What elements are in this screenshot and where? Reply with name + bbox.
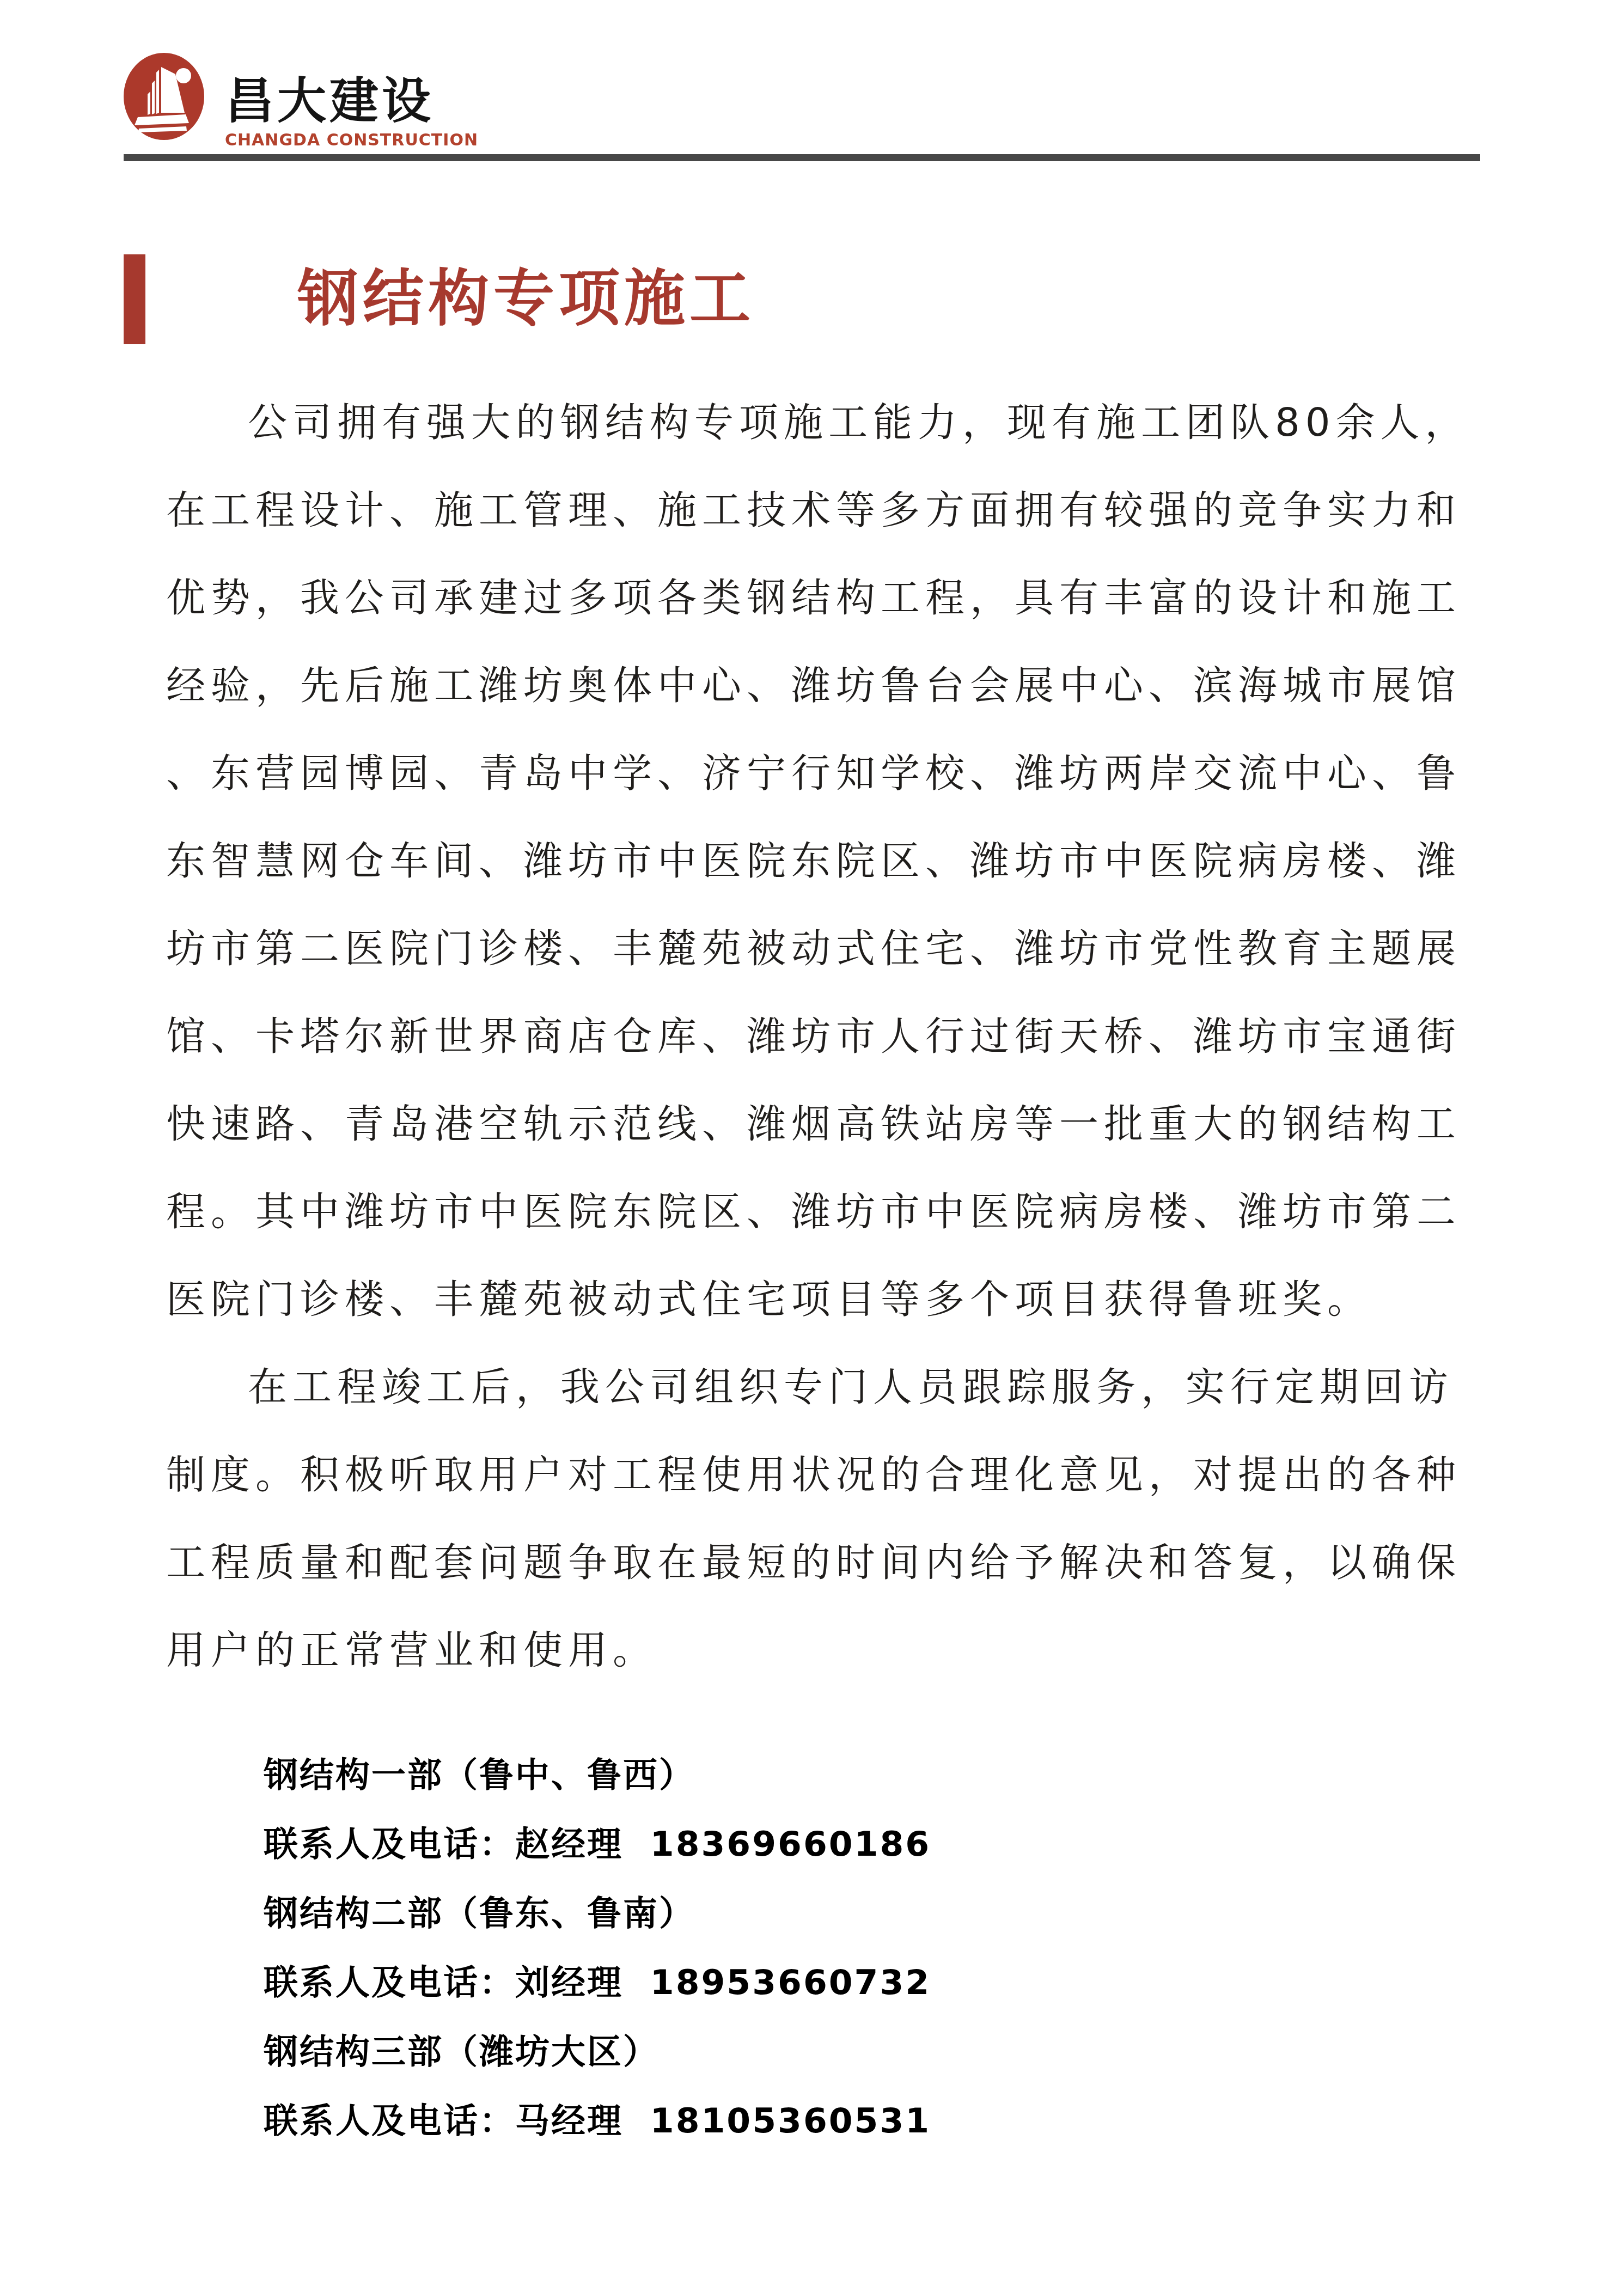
- body-text-line: 公司拥有强大的钢结构专项施工能力，现有施工团队80余人，: [166, 379, 1465, 466]
- section-title: 钢结构专项施工: [297, 254, 755, 344]
- body-text-line: 优势，我公司承建过多项各类钢结构工程，具有丰富的设计和施工: [166, 554, 1465, 642]
- paragraph: 在工程竣工后，我公司组织专门人员跟踪服务，实行定期回访制度。积极听取用户对工程使…: [166, 1343, 1465, 1694]
- body-text-line: 快速路、青岛港空轨示范线、潍烟高铁站房等一批重大的钢结构工: [166, 1080, 1465, 1168]
- body-text-line: 在工程设计、施工管理、施工技术等多方面拥有较强的竞争实力和: [166, 466, 1465, 554]
- body-text-line: 制度。积极听取用户对工程使用状况的合理化意见，对提出的各种: [166, 1431, 1465, 1519]
- body-text-line: 用户的正常营业和使用。: [166, 1606, 1465, 1694]
- contact-line: 钢结构三部（潍坊大区）: [264, 2017, 1465, 2086]
- document-page: 昌大建设 CHANGDA CONSTRUCTION 钢结构专项施工 公司拥有强大…: [0, 0, 1624, 2292]
- contact-line: 钢结构二部（鲁东、鲁南）: [264, 1879, 1465, 1948]
- body-text-line: 、东营园博园、青岛中学、济宁行知学校、潍坊两岸交流中心、鲁: [166, 729, 1465, 817]
- paragraphs: 公司拥有强大的钢结构专项施工能力，现有施工团队80余人，在工程设计、施工管理、施…: [166, 379, 1465, 1694]
- body-text-line: 东智慧网仓车间、潍坊市中医院东院区、潍坊市中医院病房楼、潍: [166, 817, 1465, 905]
- changda-logo-icon: [123, 52, 205, 141]
- contact-block: 钢结构一部（鲁中、鲁西）联系人及电话：赵经理 18369660186钢结构二部（…: [264, 1740, 1465, 2155]
- section-title-row: 钢结构专项施工: [124, 254, 755, 344]
- paragraph: 公司拥有强大的钢结构专项施工能力，现有施工团队80余人，在工程设计、施工管理、施…: [166, 379, 1465, 1343]
- body-text-line: 医院门诊楼、丰麓苑被动式住宅项目等多个项目获得鲁班奖。: [166, 1255, 1465, 1343]
- contact-line: 钢结构一部（鲁中、鲁西）: [264, 1740, 1465, 1809]
- body-text-line: 经验，先后施工潍坊奥体中心、潍坊鲁台会展中心、滨海城市展馆: [166, 642, 1465, 729]
- body-text-line: 工程质量和配套问题争取在最短的时间内给予解决和答复，以确保: [166, 1519, 1465, 1606]
- body-text-line: 程。其中潍坊市中医院东院区、潍坊市中医院病房楼、潍坊市第二: [166, 1168, 1465, 1255]
- document-body: 公司拥有强大的钢结构专项施工能力，现有施工团队80余人，在工程设计、施工管理、施…: [166, 379, 1465, 2155]
- brand-name-en: CHANGDA CONSTRUCTION: [225, 132, 478, 149]
- brand: 昌大建设 CHANGDA CONSTRUCTION: [123, 52, 478, 149]
- body-text-line: 在工程竣工后，我公司组织专门人员跟踪服务，实行定期回访: [166, 1343, 1465, 1431]
- contact-line: 联系人及电话：赵经理 18369660186: [264, 1809, 1465, 1879]
- header-divider-rule: [124, 154, 1480, 161]
- contact-line: 联系人及电话：马经理 18105360531: [264, 2086, 1465, 2155]
- brand-text: 昌大建设 CHANGDA CONSTRUCTION: [225, 77, 478, 149]
- contact-line: 联系人及电话：刘经理 18953660732: [264, 1948, 1465, 2017]
- body-text-line: 坊市第二医院门诊楼、丰麓苑被动式住宅、潍坊市党性教育主题展: [166, 905, 1465, 992]
- body-text-line: 馆、卡塔尔新世界商店仓库、潍坊市人行过街天桥、潍坊市宝通街: [166, 992, 1465, 1080]
- brand-name-cn: 昌大建设: [225, 77, 478, 126]
- title-accent-bar: [124, 254, 145, 344]
